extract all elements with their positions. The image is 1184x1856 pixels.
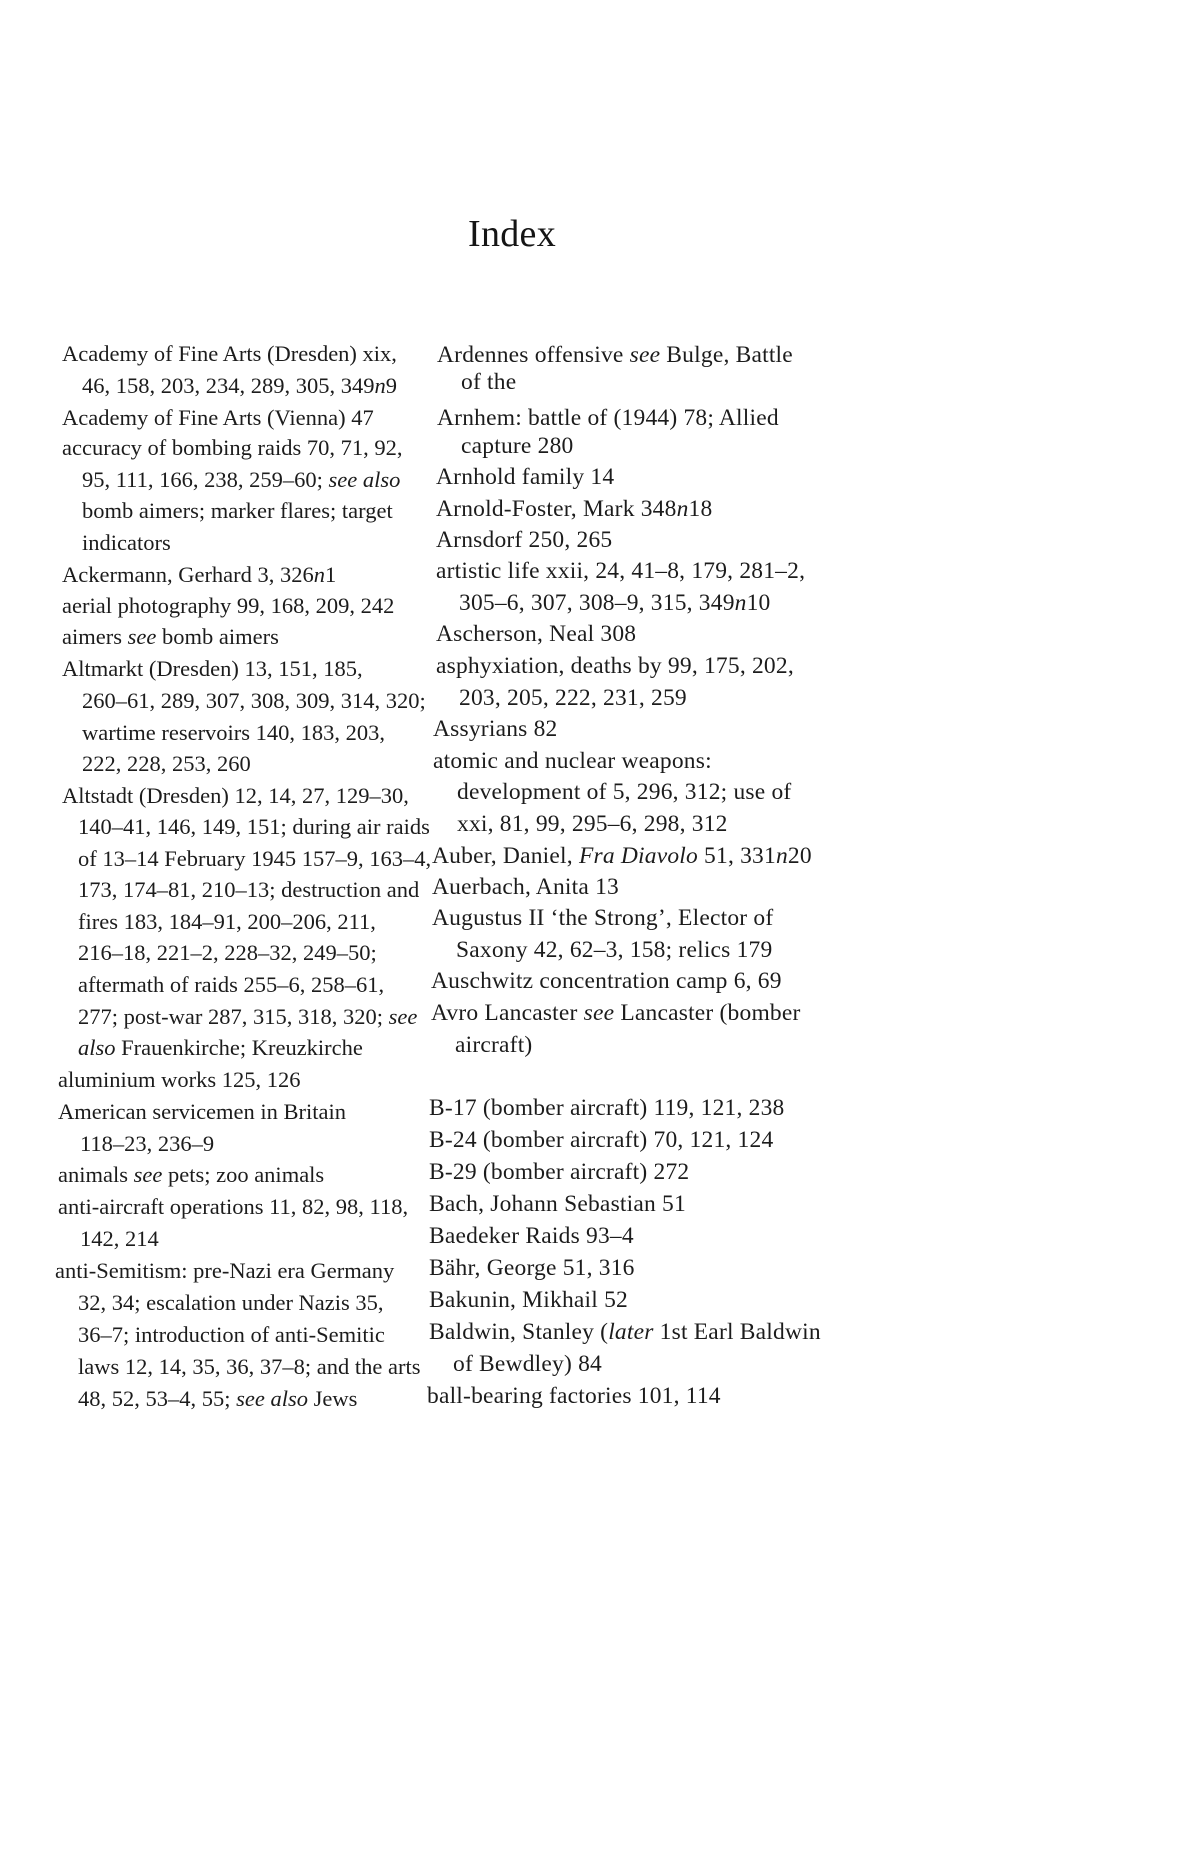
index-entry-line: aerial photography 99, 168, 209, 242: [62, 592, 394, 620]
index-entry-line: Saxony 42, 62–3, 158; relics 179: [456, 936, 772, 964]
entry-text: of Bewdley) 84: [453, 1351, 602, 1377]
entry-text: Ardennes offensive: [437, 342, 630, 368]
entry-text: of the: [461, 369, 516, 395]
index-entry-line: bomb aimers; marker flares; target: [82, 497, 393, 525]
italic-text: see: [134, 1162, 163, 1187]
index-entry-line: Baedeker Raids 93–4: [429, 1222, 634, 1250]
entry-text: ball-bearing factories 101, 114: [427, 1383, 721, 1409]
entry-text: Auber, Daniel,: [432, 843, 579, 869]
index-entry-line: 260–61, 289, 307, 308, 309, 314, 320;: [82, 687, 426, 715]
entry-text: 48, 52, 53–4, 55;: [78, 1386, 236, 1411]
page-title: Index: [0, 212, 1024, 256]
entry-text: pets; zoo animals: [162, 1162, 324, 1187]
index-entry-line: Auber, Daniel, Fra Diavolo 51, 331n20: [432, 842, 812, 870]
entry-text: 1st Earl Baldwin: [654, 1319, 821, 1345]
entry-text: Ackermann, Gerhard 3, 326: [62, 562, 314, 587]
entry-text: of 13–14 February 1945 157–9, 163–4,: [78, 846, 431, 871]
index-entry-line: Augustus II ‘the Strong’, Elector of: [432, 904, 773, 932]
index-entry-line: aluminium works 125, 126: [58, 1066, 301, 1094]
entry-text: Auschwitz concentration camp 6, 69: [431, 968, 782, 994]
entry-text: Academy of Fine Arts (Dresden) xix,: [62, 341, 397, 366]
index-entry-line: B-24 (bomber aircraft) 70, 121, 124: [429, 1126, 773, 1154]
entry-text: Bach, Johann Sebastian 51: [429, 1191, 686, 1217]
entry-text: B-24 (bomber aircraft) 70, 121, 124: [429, 1127, 773, 1153]
entry-text: atomic and nuclear weapons:: [433, 748, 712, 774]
entry-text: anti-aircraft operations 11, 82, 98, 118…: [58, 1194, 408, 1219]
entry-text: 216–18, 221–2, 228–32, 249–50;: [78, 940, 377, 965]
entry-text: aimers: [62, 624, 128, 649]
italic-text: see also: [328, 467, 400, 492]
index-entry-line: Auschwitz concentration camp 6, 69: [431, 967, 782, 995]
entry-text: Arnhold family 14: [436, 464, 614, 490]
index-entry-line: 48, 52, 53–4, 55; see also Jews: [78, 1385, 357, 1413]
index-entry-line: indicators: [82, 529, 171, 557]
index-entry-line: Bakunin, Mikhail 52: [429, 1286, 628, 1314]
index-entry-line: Altmarkt (Dresden) 13, 151, 185,: [62, 655, 363, 683]
index-entry-line: Arnhem: battle of (1944) 78; Allied: [437, 404, 779, 432]
entry-text: 32, 34; escalation under Nazis 35,: [78, 1290, 384, 1315]
index-entry-line: 118–23, 236–9: [80, 1130, 214, 1158]
index-entry-line: 95, 111, 166, 238, 259–60; see also: [82, 466, 400, 494]
entry-text: 10: [747, 590, 771, 616]
index-entry-line: Ascherson, Neal 308: [436, 620, 636, 648]
entry-text: artistic life xxii, 24, 41–8, 179, 281–2…: [436, 558, 805, 584]
entry-text: asphyxiation, deaths by 99, 175, 202,: [436, 653, 794, 679]
index-entry-line: 173, 174–81, 210–13; destruction and: [78, 876, 419, 904]
index-entry-line: Auerbach, Anita 13: [432, 873, 619, 901]
entry-text: 173, 174–81, 210–13; destruction and: [78, 877, 419, 902]
index-entry-line: development of 5, 296, 312; use of: [457, 778, 791, 806]
entry-text: Bulge, Battle: [660, 342, 793, 368]
entry-text: Bakunin, Mikhail 52: [429, 1287, 628, 1313]
index-entry-line: 32, 34; escalation under Nazis 35,: [78, 1289, 384, 1317]
entry-text: Altmarkt (Dresden) 13, 151, 185,: [62, 656, 363, 681]
entry-text: Saxony 42, 62–3, 158; relics 179: [456, 937, 772, 963]
index-entry-line: asphyxiation, deaths by 99, 175, 202,: [436, 652, 794, 680]
italic-text: see also: [236, 1386, 308, 1411]
index-entry-line: of Bewdley) 84: [453, 1350, 602, 1378]
entry-text: Frauenkirche; Kreuzkirche: [116, 1035, 363, 1060]
italic-text: see: [128, 624, 157, 649]
index-entry-line: Bach, Johann Sebastian 51: [429, 1190, 686, 1218]
entry-text: xxi, 81, 99, 295–6, 298, 312: [457, 811, 728, 837]
index-entry-line: of the: [461, 368, 516, 396]
entry-text: anti-Semitism: pre-Nazi era Germany: [55, 1258, 394, 1283]
entry-text: Augustus II ‘the Strong’, Elector of: [432, 905, 773, 931]
entry-text: American servicemen in Britain: [58, 1099, 346, 1124]
italic-text: later: [608, 1319, 653, 1345]
index-entry-line: Altstadt (Dresden) 12, 14, 27, 129–30,: [62, 782, 409, 810]
index-entry-line: of 13–14 February 1945 157–9, 163–4,: [78, 845, 431, 873]
entry-text: aircraft): [455, 1032, 532, 1058]
entry-text: Assyrians 82: [433, 716, 557, 742]
entry-text: 46, 158, 203, 234, 289, 305, 349: [82, 373, 375, 398]
entry-text: 260–61, 289, 307, 308, 309, 314, 320;: [82, 688, 426, 713]
entry-text: capture 280: [461, 433, 573, 459]
entry-text: Baedeker Raids 93–4: [429, 1223, 634, 1249]
entry-text: 203, 205, 222, 231, 259: [459, 685, 687, 711]
entry-text: Arnold-Foster, Mark 348: [436, 496, 677, 522]
entry-text: 118–23, 236–9: [80, 1131, 214, 1156]
entry-text: development of 5, 296, 312; use of: [457, 779, 791, 805]
entry-text: aftermath of raids 255–6, 258–61,: [78, 972, 384, 997]
italic-text: see: [389, 1004, 418, 1029]
entry-text: Jews: [308, 1386, 357, 1411]
index-entry-line: 277; post-war 287, 315, 318, 320; see: [78, 1003, 417, 1031]
entry-text: 305–6, 307, 308–9, 315, 349: [459, 590, 735, 616]
entry-text: aluminium works 125, 126: [58, 1067, 301, 1092]
entry-text: Arnhem: battle of (1944) 78; Allied: [437, 405, 779, 431]
entry-text: bomb aimers; marker flares; target: [82, 498, 393, 523]
index-entry-line: Academy of Fine Arts (Vienna) 47: [62, 404, 374, 432]
index-entry-line: Assyrians 82: [433, 715, 557, 743]
index-entry-line: xxi, 81, 99, 295–6, 298, 312: [457, 810, 728, 838]
index-entry-line: 46, 158, 203, 234, 289, 305, 349n9: [82, 372, 397, 400]
index-entry-line: American servicemen in Britain: [58, 1098, 346, 1126]
index-entry-line: Ardennes offensive see Bulge, Battle: [437, 341, 793, 369]
index-entry-line: Ackermann, Gerhard 3, 326n1: [62, 561, 336, 589]
entry-text: Baldwin, Stanley (: [429, 1319, 608, 1345]
entry-text: animals: [58, 1162, 134, 1187]
index-entry-line: Avro Lancaster see Lancaster (bomber: [431, 999, 801, 1027]
entry-text: 51, 331: [698, 843, 776, 869]
entry-text: 1: [325, 562, 336, 587]
index-entry-line: accuracy of bombing raids 70, 71, 92,: [62, 434, 403, 462]
index-entry-line: 216–18, 221–2, 228–32, 249–50;: [78, 939, 377, 967]
index-entry-line: Arnhold family 14: [436, 463, 614, 491]
index-entry-line: 203, 205, 222, 231, 259: [459, 684, 687, 712]
entry-text: Auerbach, Anita 13: [432, 874, 619, 900]
entry-text: wartime reservoirs 140, 183, 203,: [82, 720, 385, 745]
entry-text: 222, 228, 253, 260: [82, 751, 251, 776]
italic-text: n: [375, 373, 386, 398]
entry-text: bomb aimers: [156, 624, 278, 649]
index-entry-line: anti-aircraft operations 11, 82, 98, 118…: [58, 1193, 408, 1221]
index-entry-line: 222, 228, 253, 260: [82, 750, 251, 778]
index-entry-line: atomic and nuclear weapons:: [433, 747, 712, 775]
italic-text: Fra Diavolo: [579, 843, 698, 869]
index-entry-line: laws 12, 14, 35, 36, 37–8; and the arts: [78, 1353, 420, 1381]
entry-text: B-29 (bomber aircraft) 272: [429, 1159, 689, 1185]
entry-text: Ascherson, Neal 308: [436, 621, 636, 647]
index-entry-line: B-17 (bomber aircraft) 119, 121, 238: [429, 1094, 784, 1122]
index-entry-line: 305–6, 307, 308–9, 315, 349n10: [459, 589, 771, 617]
entry-text: Bähr, George 51, 316: [429, 1255, 635, 1281]
entry-text: Lancaster (bomber: [614, 1000, 800, 1026]
index-entry-line: Arnold-Foster, Mark 348n18: [436, 495, 712, 523]
entry-text: B-17 (bomber aircraft) 119, 121, 238: [429, 1095, 784, 1121]
index-entry-line: animals see pets; zoo animals: [58, 1161, 324, 1189]
entry-text: laws 12, 14, 35, 36, 37–8; and the arts: [78, 1354, 420, 1379]
index-entry-line: 142, 214: [80, 1225, 159, 1253]
index-entry-line: aircraft): [455, 1031, 532, 1059]
index-entry-line: fires 183, 184–91, 200–206, 211,: [78, 908, 376, 936]
index-entry-line: 36–7; introduction of anti-Semitic: [78, 1321, 385, 1349]
italic-text: n: [776, 843, 788, 869]
index-entry-line: aimers see bomb aimers: [62, 623, 279, 651]
entry-text: 36–7; introduction of anti-Semitic: [78, 1322, 385, 1347]
entry-text: Avro Lancaster: [431, 1000, 584, 1026]
italic-text: n: [735, 590, 747, 616]
index-entry-line: also Frauenkirche; Kreuzkirche: [78, 1034, 363, 1062]
italic-text: see: [630, 342, 661, 368]
italic-text: n: [314, 562, 325, 587]
index-entry-line: 140–41, 146, 149, 151; during air raids: [78, 813, 430, 841]
index-entry-line: Academy of Fine Arts (Dresden) xix,: [62, 340, 397, 368]
entry-text: 20: [788, 843, 812, 869]
entry-text: aerial photography 99, 168, 209, 242: [62, 593, 394, 618]
entry-text: 95, 111, 166, 238, 259–60;: [82, 467, 328, 492]
italic-text: also: [78, 1035, 116, 1060]
index-entry-line: wartime reservoirs 140, 183, 203,: [82, 719, 385, 747]
entry-text: accuracy of bombing raids 70, 71, 92,: [62, 435, 403, 460]
index-entry-line: ball-bearing factories 101, 114: [427, 1382, 721, 1410]
entry-text: 18: [689, 496, 713, 522]
entry-text: fires 183, 184–91, 200–206, 211,: [78, 909, 376, 934]
italic-text: n: [677, 496, 689, 522]
index-entry-line: Bähr, George 51, 316: [429, 1254, 635, 1282]
index-entry-line: artistic life xxii, 24, 41–8, 179, 281–2…: [436, 557, 805, 585]
entry-text: Arnsdorf 250, 265: [436, 527, 612, 553]
entry-text: 277; post-war 287, 315, 318, 320;: [78, 1004, 389, 1029]
entry-text: Academy of Fine Arts (Vienna) 47: [62, 405, 374, 430]
entry-text: 140–41, 146, 149, 151; during air raids: [78, 814, 430, 839]
entry-text: 9: [386, 373, 397, 398]
entry-text: Altstadt (Dresden) 12, 14, 27, 129–30,: [62, 783, 409, 808]
index-entry-line: Arnsdorf 250, 265: [436, 526, 612, 554]
index-entry-line: capture 280: [461, 432, 573, 460]
index-entry-line: anti-Semitism: pre-Nazi era Germany: [55, 1257, 394, 1285]
entry-text: indicators: [82, 530, 171, 555]
index-entry-line: Baldwin, Stanley (later 1st Earl Baldwin: [429, 1318, 821, 1346]
index-entry-line: B-29 (bomber aircraft) 272: [429, 1158, 689, 1186]
index-entry-line: aftermath of raids 255–6, 258–61,: [78, 971, 384, 999]
entry-text: 142, 214: [80, 1226, 159, 1251]
italic-text: see: [584, 1000, 615, 1026]
